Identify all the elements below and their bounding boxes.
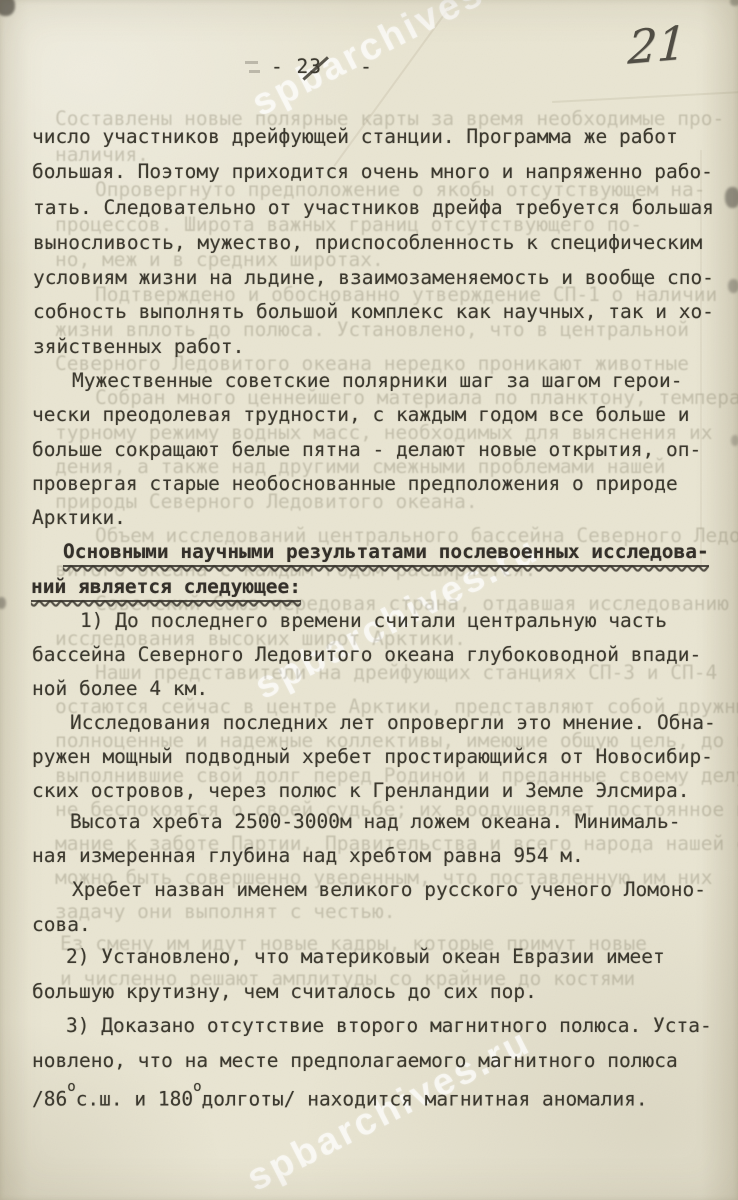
smudge [725,187,738,208]
typed-line: Основными научными результатами послевое… [63,540,709,567]
typed-line: больше сокращают белые пятна - делают но… [32,438,701,461]
typed-line: зяйственных работ. [33,335,244,358]
typed-line: ной более 4 км. [32,677,208,700]
page-number-ghost-mark [249,70,260,73]
typed-line: чески преодолевая трудности, с каждым го… [32,403,689,426]
typed-line: Высота хребта 2500-3000м над ложем океан… [70,810,680,833]
smudge [0,597,6,609]
smudge [730,0,738,6]
typed-line: ских островов, через полюс к Гренландии … [32,779,689,802]
typed-line: сова. [32,913,91,936]
typed-line: новлено, что на месте предполагаемого ма… [32,1049,678,1072]
page-number-ghost-mark [245,61,258,64]
document-page: spbarchives.ru spbarchives.ru spbarchive… [0,0,738,1200]
bleedthrough-line: задачу они выполнят с честью. [55,900,395,923]
handwritten-folio-number: 21 [627,15,688,75]
typed-line: /86ос.ш. и 180одолготы/ находится магнит… [32,1083,648,1111]
typed-line: собность выполнять большой комплекс как … [33,300,714,323]
typed-line: большая. Поэтому приходится очень много … [32,160,713,183]
typed-line: 3) Доказано отсутствие второго магнитног… [66,1014,712,1037]
typed-line: условиям жизни на льдине, взаимозаменяем… [33,266,714,289]
paper-crease [552,91,738,103]
smudge [731,435,738,446]
typed-line: 1) До последнего времени считали централ… [80,609,667,632]
smudge [728,279,738,293]
typed-line: Исследования последних лет опровергли эт… [70,711,716,734]
typed-line: тать. Следовательно от участников дрейфа… [33,196,714,219]
typed-line: Арктики. [32,506,126,529]
typed-line: 2) Установлено, что материковый океан Ев… [66,945,665,968]
smudge [0,0,15,16]
typed-line: ний является следующее: [31,575,301,602]
typed-line: большую крутизну, чем считалось до сих п… [32,980,537,1003]
typed-line: ная измеренная глубина над хребтом равна… [32,844,584,867]
typed-line: выносливость, мужество, приспособленност… [33,231,702,254]
typed-line: Хребет назван именем великого русского у… [72,878,706,901]
typed-line: бассейна Северного Ледовитого океана глу… [32,643,701,666]
typed-line: провергая старые необоснованные предполо… [32,472,678,495]
typed-line: ружен мощный подводный хребет простирающ… [32,745,713,768]
typed-line: Мужественные советские полярники шаг за … [72,369,682,392]
typed-line: число участников дрейфующей станции. Про… [32,125,678,148]
page-number: - 23 - [271,55,373,78]
